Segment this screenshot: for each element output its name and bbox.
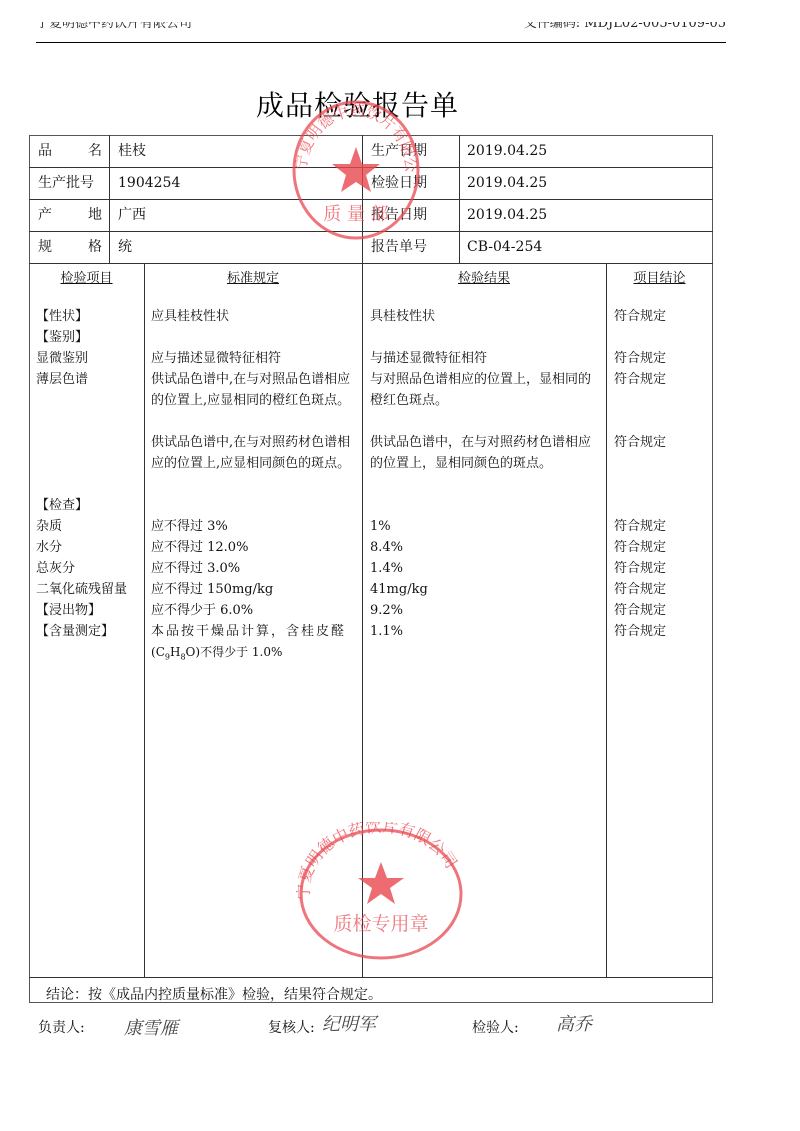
standard-cell: 供试品色谱中,在与对照药材色谱相应的位置上,应显相同颜色的斑点。 [151,432,358,474]
standard-cell: 供试品色谱中,在与对照品色谱相应的位置上,应显相同的橙红色斑点。 [151,369,358,411]
inspect-date-value: 2019.04.25 [467,175,547,191]
col-header-item: 检验项目 [29,267,144,286]
report-date-label: 报告日期 [371,207,427,223]
origin-label: 产地 [38,207,102,223]
conclusion-cell: 符合规定 [614,558,666,579]
item-cell: 【鉴别】 [36,327,88,348]
divider [29,231,713,232]
result-cell: 与对照品色谱相应的位置上，显相同的橙红色斑点。 [370,369,602,411]
standard-cell: 应不得过 150mg/kg [151,579,273,600]
col-header-conclusion: 项目结论 [606,267,713,286]
product-name-value: 桂枝 [118,143,146,159]
result-cell: 1% [370,516,391,537]
item-cell: 总灰分 [36,558,75,579]
report-date-value: 2019.04.25 [467,207,547,223]
report-no-label: 报告单号 [371,239,427,255]
item-cell: 【检查】 [36,495,88,516]
divider [606,263,607,977]
inspector-label: 检验人: [472,1017,519,1037]
company-name-header: 宁夏明德中药饮片有限公司 [36,22,192,32]
result-cell: 具桂枝性状 [370,306,435,327]
page-header: 宁夏明德中药饮片有限公司 文件编码: MDJL02-005-0109-05 [36,0,726,43]
document-code-header: 文件编码: MDJL02-005-0109-05 [524,22,726,32]
divider [144,263,145,977]
item-cell: 【性状】 [36,306,88,327]
item-cell: 水分 [36,537,62,558]
item-cell: 显微鉴别 [36,348,88,369]
spec-label: 规格 [38,239,102,255]
reviewer-signature: 纪明军 [322,1010,376,1036]
item-cell: 【浸出物】 [36,600,101,621]
conclusion-cell: 符合规定 [614,516,666,537]
result-cell: 1.4% [370,558,403,579]
page-title: 成品检验报告单 [0,84,715,124]
divider [459,135,460,263]
result-cell: 供试品色谱中，在与对照药材色谱相应的位置上，显相同颜色的斑点。 [370,432,602,474]
item-cell: 【含量测定】 [36,621,114,642]
prod-date-value: 2019.04.25 [467,143,547,159]
batch-value: 1904254 [118,175,180,191]
standard-cell: 应不得少于 6.0% [151,600,253,621]
conclusion-cell: 符合规定 [614,369,666,390]
prod-date-label: 生产日期 [371,143,427,159]
conclusion-cell: 符合规定 [614,579,666,600]
spec-value: 统 [118,239,132,255]
standard-cell: 应不得过 12.0% [151,537,248,558]
divider [29,977,713,978]
origin-value: 广西 [118,207,146,223]
standard-cell: 应与描述显微特征相符 [151,348,281,369]
standard-cell-line2: (C9H8O)不得少于 1.0% [151,642,282,667]
item-cell: 薄层色谱 [36,369,88,390]
conclusion-text: 结论：按《成品内控质量标准》检验，结果符合规定。 [46,984,382,1004]
standard-cell: 应具桂枝性状 [151,306,229,327]
item-cell: 二氧化硫残留量 [36,579,127,600]
product-name-label: 品名 [38,143,102,159]
col-header-result: 检验结果 [362,267,606,286]
inspect-date-label: 检验日期 [371,175,427,191]
item-cell: 杂质 [36,516,62,537]
conclusion-cell: 符合规定 [614,348,666,369]
col-header-standard: 标准规定 [144,267,362,286]
conclusion-cell: 符合规定 [614,306,666,327]
divider [29,167,713,168]
standard-cell: 应不得过 3% [151,516,228,537]
result-cell: 8.4% [370,537,403,558]
divider [29,199,713,200]
result-cell: 9.2% [370,600,403,621]
reviewer-label: 复核人: [268,1017,315,1037]
divider [362,135,363,977]
divider [29,263,713,264]
result-cell: 1.1% [370,621,403,642]
conclusion-cell: 符合规定 [614,432,666,453]
inspector-signature: 高乔 [556,1010,592,1036]
result-cell: 与描述显微特征相符 [370,348,487,369]
conclusion-cell: 符合规定 [614,621,666,642]
report-no-value: CB-04-254 [467,239,542,255]
responsible-signature: 康雪雁 [124,1014,178,1040]
responsible-label: 负责人: [38,1017,85,1037]
divider [109,135,110,263]
conclusion-cell: 符合规定 [614,537,666,558]
batch-label: 生产批号 [38,175,94,191]
standard-cell: 本品按干燥品计算，含桂皮醛 [151,621,346,642]
conclusion-cell: 符合规定 [614,600,666,621]
result-cell: 41mg/kg [370,579,428,600]
standard-cell: 应不得过 3.0% [151,558,240,579]
